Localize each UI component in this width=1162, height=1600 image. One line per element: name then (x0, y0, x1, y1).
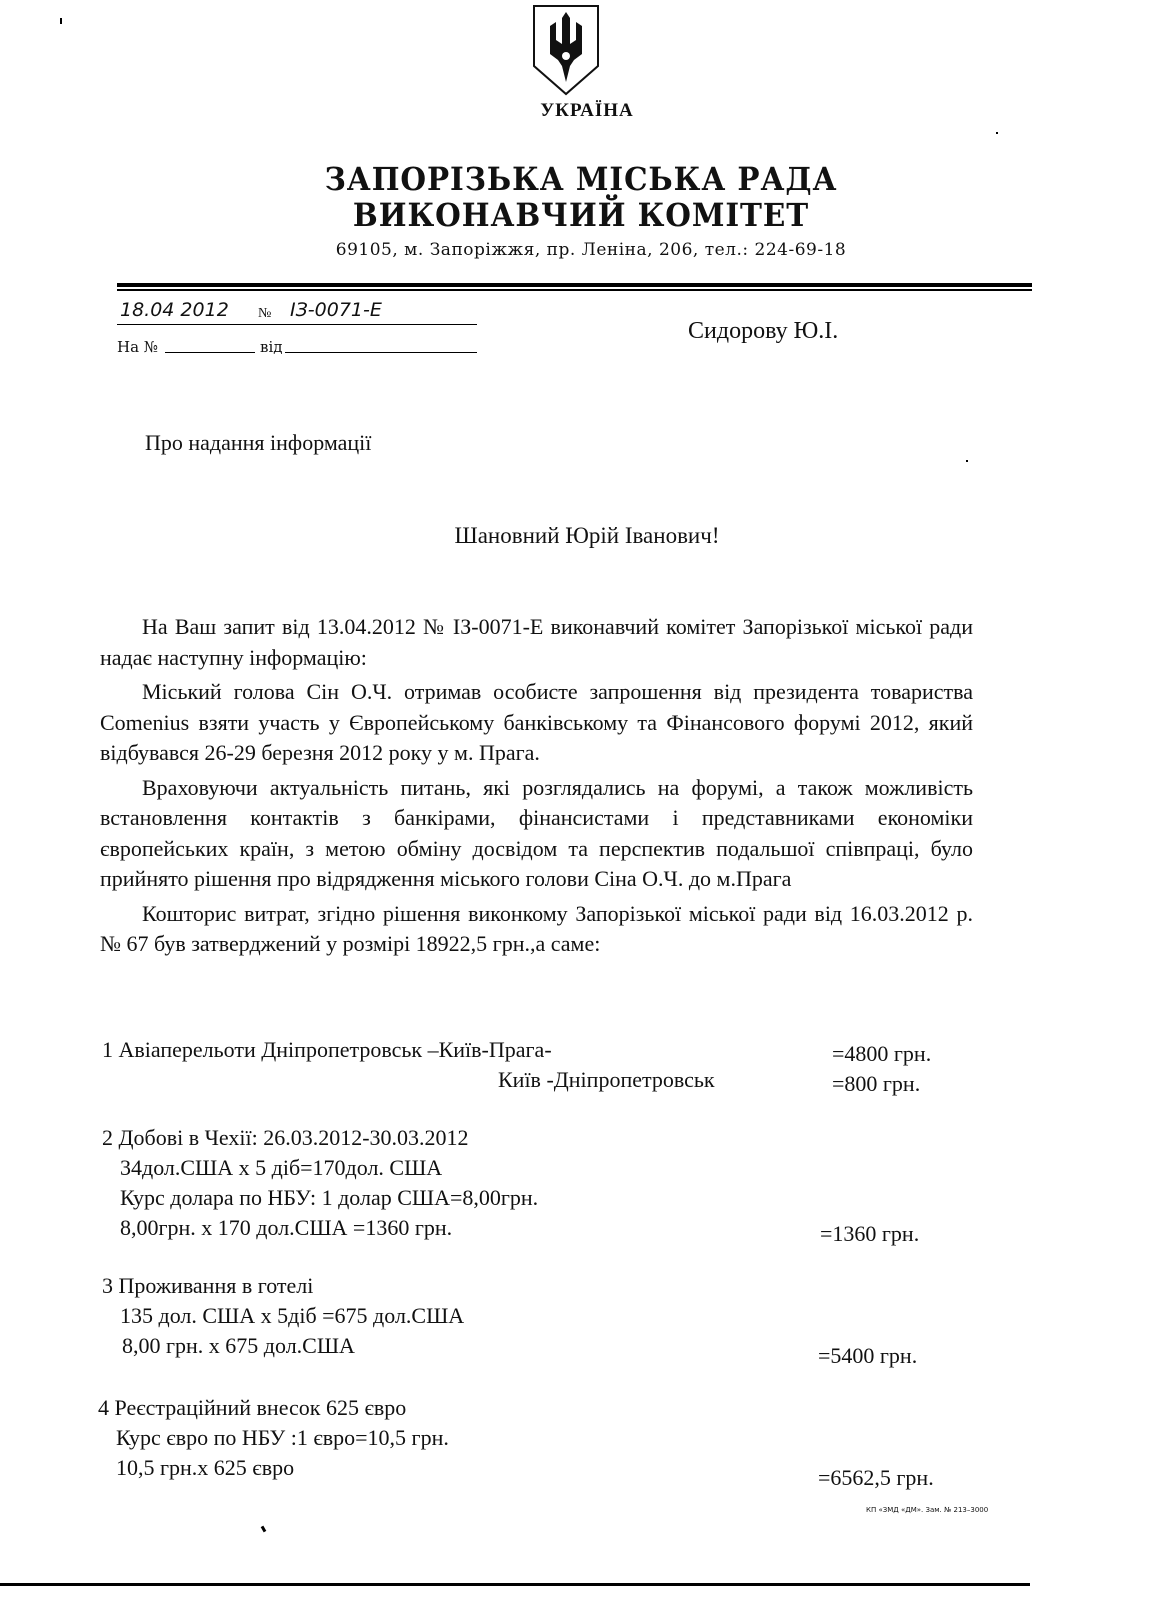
scan-artifact (60, 18, 62, 24)
letterhead-divider-thin (117, 289, 1032, 291)
expense-detail: 34дол.США х 5 діб=170дол. США (120, 1155, 442, 1181)
expense-subline: Київ -Дніпропетровськ (498, 1067, 715, 1093)
expense-amount: =1360 грн. (820, 1221, 919, 1247)
letterhead-divider (117, 283, 1032, 287)
organization-department: ВИКОНАВЧИЙ КОМІТЕТ (46, 196, 1115, 234)
expense-detail: 8,00 грн. х 675 дол.США (122, 1333, 355, 1359)
expense-amount: =6562,5 грн. (818, 1465, 934, 1491)
expense-amount: =5400 грн. (818, 1343, 917, 1369)
scan-artifact (966, 460, 968, 462)
paragraph: Кошторис витрат, згідно рішення виконком… (100, 899, 973, 960)
registration-number: ІЗ-0071-Е (290, 299, 382, 321)
paragraph: Враховуючи актуальність питань, які розг… (100, 773, 973, 895)
expense-amount: =4800 грн. (832, 1041, 931, 1067)
expense-detail: Курс долара по НБУ: 1 долар США=8,00грн. (120, 1185, 538, 1211)
expense-detail: 8,00грн. х 170 дол.США =1360 грн. (120, 1215, 452, 1241)
page-bottom-rule (0, 1583, 1030, 1586)
scan-artifact (261, 1526, 267, 1533)
expense-title: 4 Реєстраційний внесок 625 євро (98, 1395, 406, 1421)
expense-detail: 10,5 грн.х 625 євро (116, 1455, 294, 1481)
expense-detail: Курс євро по НБУ :1 євро=10,5 грн. (116, 1425, 449, 1451)
salutation: Шановний Юрій Іванович! (6, 523, 1162, 549)
expense-title: 1 Авіаперельоти Дніпропетровськ –Київ-Пр… (102, 1037, 552, 1063)
expense-title: 3 Проживання в готелі (102, 1273, 313, 1299)
registration-date: 18.04 2012 (120, 299, 229, 321)
expense-detail: 135 дол. США х 5діб =675 дол.США (120, 1303, 464, 1329)
print-mark: КП «ЗМД «ДМ». Зам. № 213–3000 (866, 1506, 988, 1514)
letter-body: На Ваш запит від 13.04.2012 № ІЗ-0071-Е … (100, 612, 973, 960)
recipient: Сидорову Ю.І. (688, 318, 838, 345)
paragraph: На Ваш запит від 13.04.2012 № ІЗ-0071-Е … (100, 612, 973, 673)
expense-amount: =800 грн. (832, 1071, 920, 1097)
paragraph: Міський голова Сін О.Ч. отримав особисте… (100, 677, 973, 769)
organization-address: 69105, м. Запоріжжя, пр. Леніна, 206, те… (10, 240, 1162, 260)
subject: Про надання інформації (145, 430, 371, 456)
organization-name: ЗАПОРІЗЬКА МІСЬКА РАДА (46, 160, 1115, 198)
registration-number-label: № (258, 306, 271, 322)
reference-number-label: На № (117, 338, 158, 356)
reference-date-blank (285, 352, 477, 353)
reference-number-blank (165, 352, 255, 353)
expense-title: 2 Добові в Чехії: 26.03.2012-30.03.2012 (102, 1125, 469, 1151)
reference-from-label: від (260, 338, 282, 356)
country-heading: УКРАЇНА (6, 100, 1162, 122)
scan-artifact (996, 132, 998, 134)
trident-coat-of-arms-icon (530, 4, 602, 96)
